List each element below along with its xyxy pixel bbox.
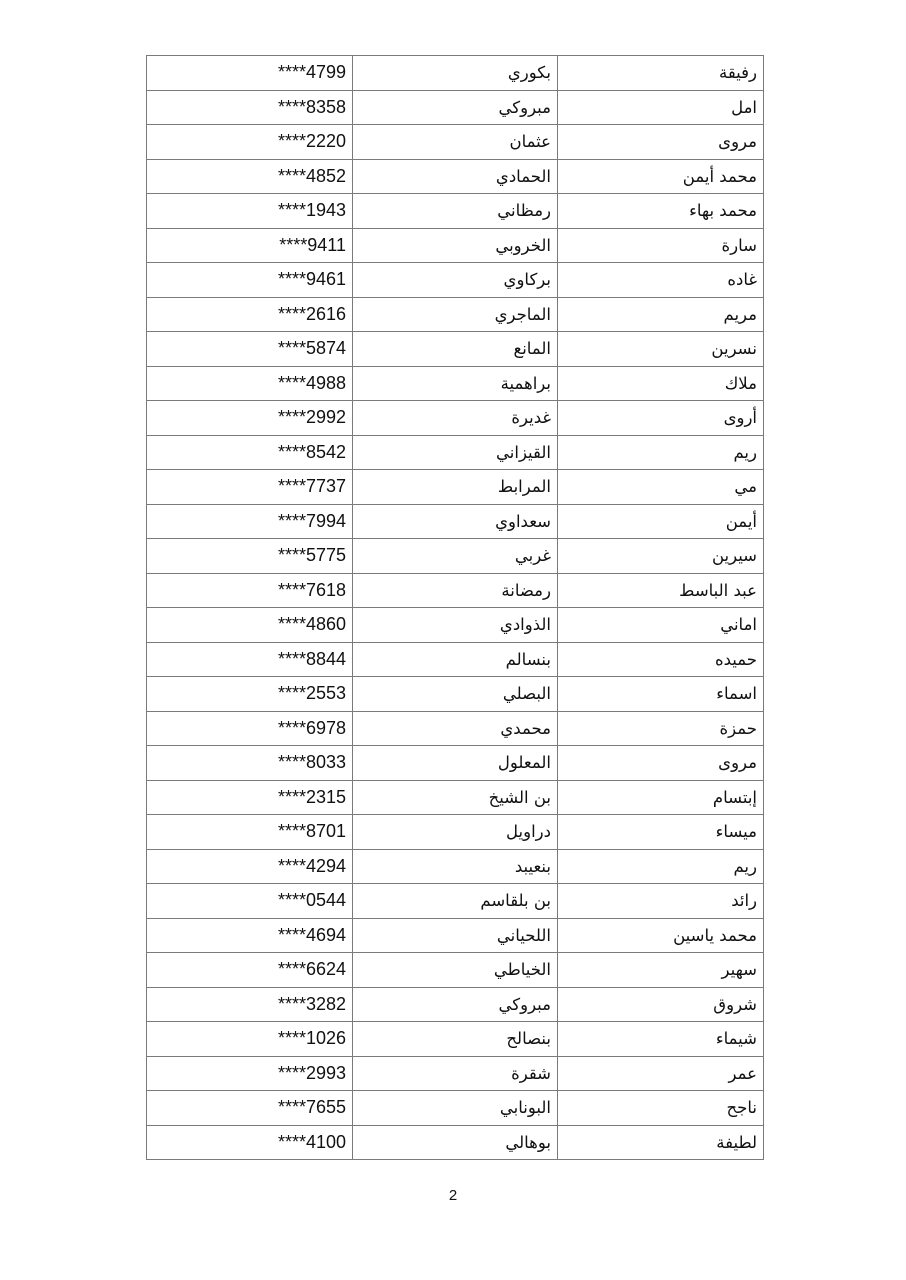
- table-row: ****3282مبروكيشروق: [147, 987, 764, 1022]
- surname-cell: القيزاني: [353, 435, 558, 470]
- table-row: ****1943رمظانيمحمد بهاء: [147, 194, 764, 229]
- surname-cell: دراويل: [353, 815, 558, 850]
- table-row: ****9461بركاويغاده: [147, 263, 764, 298]
- first-name-cell: رائد: [558, 884, 764, 919]
- surname-cell: بوهالي: [353, 1125, 558, 1160]
- first-name-cell: ريم: [558, 435, 764, 470]
- table-row: ****8358مبروكيامل: [147, 90, 764, 125]
- surname-cell: بكوري: [353, 56, 558, 91]
- surname-cell: الخياطي: [353, 953, 558, 988]
- surname-cell: الحمادي: [353, 159, 558, 194]
- page-number: 2: [0, 1187, 906, 1204]
- first-name-cell: شيماء: [558, 1022, 764, 1057]
- table-row: ****2315بن الشيخإبتسام: [147, 780, 764, 815]
- surname-cell: الماجري: [353, 297, 558, 332]
- table-row: ****4799بكوريرفيقة: [147, 56, 764, 91]
- surname-cell: سعداوي: [353, 504, 558, 539]
- table-row: ****8701دراويلميساء: [147, 815, 764, 850]
- surname-cell: بركاوي: [353, 263, 558, 298]
- table-row: ****6978محمديحمزة: [147, 711, 764, 746]
- first-name-cell: عبد الباسط: [558, 573, 764, 608]
- surname-cell: غربي: [353, 539, 558, 574]
- masked-id-cell: ****2993: [147, 1056, 353, 1091]
- first-name-cell: مروى: [558, 125, 764, 160]
- surname-cell: البونابي: [353, 1091, 558, 1126]
- surname-cell: الذوادي: [353, 608, 558, 643]
- first-name-cell: محمد ياسين: [558, 918, 764, 953]
- table-row: ****7655البونابيناجح: [147, 1091, 764, 1126]
- masked-id-cell: ****1026: [147, 1022, 353, 1057]
- table-row: ****5775غربيسيرين: [147, 539, 764, 574]
- first-name-cell: إبتسام: [558, 780, 764, 815]
- first-name-cell: حمزة: [558, 711, 764, 746]
- masked-id-cell: ****8033: [147, 746, 353, 781]
- table-row: ****9411الخروبيسارة: [147, 228, 764, 263]
- masked-id-cell: ****9461: [147, 263, 353, 298]
- masked-id-cell: ****4852: [147, 159, 353, 194]
- surname-cell: بن بلقاسم: [353, 884, 558, 919]
- table-row: ****5874المانعنسرين: [147, 332, 764, 367]
- surname-cell: براهمية: [353, 366, 558, 401]
- masked-id-cell: ****8701: [147, 815, 353, 850]
- table-row: ****0544بن بلقاسمرائد: [147, 884, 764, 919]
- first-name-cell: لطيفة: [558, 1125, 764, 1160]
- masked-id-cell: ****7737: [147, 470, 353, 505]
- masked-id-cell: ****6978: [147, 711, 353, 746]
- masked-id-cell: ****5874: [147, 332, 353, 367]
- masked-id-cell: ****7618: [147, 573, 353, 608]
- masked-id-cell: ****8358: [147, 90, 353, 125]
- surname-cell: البصلي: [353, 677, 558, 712]
- surname-cell: الخروبي: [353, 228, 558, 263]
- table-row: ****7737المرابطمي: [147, 470, 764, 505]
- table-row: ****4694اللحيانيمحمد ياسين: [147, 918, 764, 953]
- first-name-cell: ملاك: [558, 366, 764, 401]
- table-row: ****4860الذوادياماني: [147, 608, 764, 643]
- masked-id-cell: ****0544: [147, 884, 353, 919]
- masked-id-cell: ****2992: [147, 401, 353, 436]
- table-row: ****7994سعداويأيمن: [147, 504, 764, 539]
- masked-id-cell: ****1943: [147, 194, 353, 229]
- table-row: ****7618رمضانةعبد الباسط: [147, 573, 764, 608]
- surname-cell: رمظاني: [353, 194, 558, 229]
- table-row: ****8542القيزانيريم: [147, 435, 764, 470]
- surname-cell: بنعيبد: [353, 849, 558, 884]
- names-table-body: ****4799بكوريرفيقة****8358مبروكيامل****2…: [147, 56, 764, 1160]
- masked-id-cell: ****8542: [147, 435, 353, 470]
- first-name-cell: محمد أيمن: [558, 159, 764, 194]
- document-page: ****4799بكوريرفيقة****8358مبروكيامل****2…: [0, 0, 906, 1280]
- first-name-cell: أروى: [558, 401, 764, 436]
- surname-cell: المعلول: [353, 746, 558, 781]
- first-name-cell: نسرين: [558, 332, 764, 367]
- masked-id-cell: ****6624: [147, 953, 353, 988]
- masked-id-cell: ****2220: [147, 125, 353, 160]
- names-table: ****4799بكوريرفيقة****8358مبروكيامل****2…: [146, 55, 764, 1160]
- table-row: ****8033المعلولمروى: [147, 746, 764, 781]
- masked-id-cell: ****2616: [147, 297, 353, 332]
- masked-id-cell: ****4799: [147, 56, 353, 91]
- surname-cell: المانع: [353, 332, 558, 367]
- surname-cell: بنسالم: [353, 642, 558, 677]
- first-name-cell: شروق: [558, 987, 764, 1022]
- first-name-cell: ريم: [558, 849, 764, 884]
- masked-id-cell: ****4860: [147, 608, 353, 643]
- first-name-cell: مريم: [558, 297, 764, 332]
- first-name-cell: اماني: [558, 608, 764, 643]
- table-row: ****2616الماجريمريم: [147, 297, 764, 332]
- first-name-cell: رفيقة: [558, 56, 764, 91]
- first-name-cell: ناجح: [558, 1091, 764, 1126]
- surname-cell: عثمان: [353, 125, 558, 160]
- first-name-cell: محمد بهاء: [558, 194, 764, 229]
- masked-id-cell: ****4988: [147, 366, 353, 401]
- masked-id-cell: ****4294: [147, 849, 353, 884]
- first-name-cell: سارة: [558, 228, 764, 263]
- surname-cell: بن الشيخ: [353, 780, 558, 815]
- surname-cell: اللحياني: [353, 918, 558, 953]
- first-name-cell: أيمن: [558, 504, 764, 539]
- masked-id-cell: ****5775: [147, 539, 353, 574]
- masked-id-cell: ****7994: [147, 504, 353, 539]
- surname-cell: بنصالح: [353, 1022, 558, 1057]
- surname-cell: غديرة: [353, 401, 558, 436]
- masked-id-cell: ****7655: [147, 1091, 353, 1126]
- first-name-cell: سهير: [558, 953, 764, 988]
- masked-id-cell: ****4100: [147, 1125, 353, 1160]
- table-row: ****4294بنعيبدريم: [147, 849, 764, 884]
- first-name-cell: اسماء: [558, 677, 764, 712]
- masked-id-cell: ****2553: [147, 677, 353, 712]
- first-name-cell: سيرين: [558, 539, 764, 574]
- surname-cell: محمدي: [353, 711, 558, 746]
- table-row: ****4100بوهاليلطيفة: [147, 1125, 764, 1160]
- surname-cell: رمضانة: [353, 573, 558, 608]
- first-name-cell: امل: [558, 90, 764, 125]
- first-name-cell: غاده: [558, 263, 764, 298]
- first-name-cell: عمر: [558, 1056, 764, 1091]
- surname-cell: شقرة: [353, 1056, 558, 1091]
- table-row: ****4988براهميةملاك: [147, 366, 764, 401]
- table-row: ****6624الخياطيسهير: [147, 953, 764, 988]
- surname-cell: المرابط: [353, 470, 558, 505]
- masked-id-cell: ****2315: [147, 780, 353, 815]
- first-name-cell: مروى: [558, 746, 764, 781]
- table-row: ****2220عثمانمروى: [147, 125, 764, 160]
- first-name-cell: حميده: [558, 642, 764, 677]
- table-row: ****2553البصلياسماء: [147, 677, 764, 712]
- table-row: ****2992غديرةأروى: [147, 401, 764, 436]
- surname-cell: مبروكي: [353, 987, 558, 1022]
- masked-id-cell: ****3282: [147, 987, 353, 1022]
- masked-id-cell: ****4694: [147, 918, 353, 953]
- table-row: ****2993شقرةعمر: [147, 1056, 764, 1091]
- table-row: ****1026بنصالحشيماء: [147, 1022, 764, 1057]
- first-name-cell: ميساء: [558, 815, 764, 850]
- surname-cell: مبروكي: [353, 90, 558, 125]
- masked-id-cell: ****9411: [147, 228, 353, 263]
- masked-id-cell: ****8844: [147, 642, 353, 677]
- first-name-cell: مي: [558, 470, 764, 505]
- table-row: ****4852الحماديمحمد أيمن: [147, 159, 764, 194]
- table-row: ****8844بنسالمحميده: [147, 642, 764, 677]
